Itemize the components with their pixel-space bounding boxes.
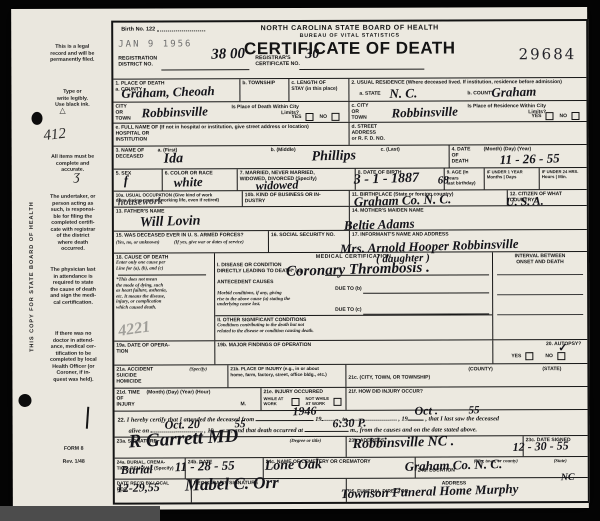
age-label: 9. AGE (In years last birthday) (447, 169, 482, 186)
length-of-stay-label: c. LENGTH OF STAY (in this place) (291, 80, 346, 92)
margin-vertical-text: THIS COPY FOR STATE BOARD OF HEALTH (30, 147, 36, 352)
time-of-injury-columns: (Month) (Day) (Year) (Hour) (146, 389, 210, 395)
death-limits-yes-checkbox (305, 113, 313, 121)
death-time-blank (305, 424, 349, 432)
serial-number: 29684 (519, 45, 577, 63)
disease-line (325, 267, 489, 276)
death-limits-label: Is Place of Death Within City Limits? (231, 104, 299, 116)
injury-county-label: (COUNTY) (468, 366, 492, 372)
date-received-label: DATE REC'D BY LOCAL REG. (117, 480, 189, 491)
location-note: (City, town, or county) (474, 459, 518, 465)
interval-label: INTERVAL BETWEEN ONSET AND DEATH (495, 253, 585, 265)
margin-note-complete: All items must be complete and accurate. (42, 154, 104, 174)
mother-label: 14. MOTHER'S MAIDEN NAME (352, 207, 585, 214)
hours-min-label: Hours | Min. (542, 174, 585, 179)
date-of-operation-label: 19a. DATE OF OPERA- TION (116, 342, 212, 354)
injury-occurred-label: 21e. INJURY OCCURRED (263, 389, 343, 395)
major-findings-label: 19b. MAJOR FINDINGS OF OPERATION (217, 341, 490, 348)
ssn-label: 16. SOCIAL SECURITY NO. (271, 232, 347, 238)
hospital-label: e. FULL NAME OF (If not in hospital or i… (116, 124, 347, 143)
blank (408, 413, 424, 421)
not-while-label: NOT WHILE AT WORK (305, 396, 329, 406)
row-burial: 24a. BURIAL, CREMA- TION, REMOVAL (Speci… (115, 456, 588, 479)
row-registrar: DATE REC'D BY LOCAL REG. REGISTRAR'S SIG… (115, 477, 588, 503)
interval-line (497, 274, 583, 275)
medical-certification-label: MEDICAL CERTIFICATION (217, 253, 490, 260)
form-header: Birth No. 122 JAN 9 1956 REGISTRATION DI… (113, 21, 586, 79)
birth-no-label: Birth No. 122 (121, 27, 155, 34)
burial-label: 24a. BURIAL, CREMA- TION, REMOVAL (Speci… (117, 459, 183, 470)
armed-note1: (Yes, no, or unknown) (116, 240, 160, 246)
blank (214, 424, 230, 432)
res-limits-no-checkbox (571, 112, 579, 120)
injury-city-label: 21c. (CITY, TOWN, OR TOWNSHIP) (348, 375, 430, 381)
date-of-death-columns: (Month) (Day) (Year) (484, 146, 532, 152)
registrar-signature-label: REGISTRAR'S SIGNATURE (194, 480, 344, 487)
cemetery-label: 24c. NAME OF CEMETERY OR CREMATORY (266, 459, 413, 466)
blank (322, 413, 338, 421)
degree-note: (Degree or title) (290, 439, 321, 445)
sex-label: 5. SEX (116, 170, 160, 176)
res-state-label: a. STATE (359, 91, 380, 97)
margin-note-no-doctor: If there was no doctor in attend- ance, … (42, 331, 104, 383)
injury-state-label: (STATE) (542, 366, 561, 372)
name-of-deceased-label: 3. NAME OF DECEASED (116, 148, 154, 160)
triangle-mark: △ (59, 106, 65, 115)
no-label: NO (545, 353, 553, 359)
how-injury-label: 21f. HOW DID INJURY OCCUR? (348, 388, 585, 395)
header-center: NORTH CAROLINA STATE BOARD OF HEALTH BUR… (218, 24, 481, 58)
accident-label: 21a. ACCIDENT SUICIDE HOMICIDE (116, 366, 225, 384)
business-label: 10b. KIND OF BUSINESS OR IN- DUSTRY (245, 192, 347, 204)
citizen-label: 12. CITIZEN OF WHAT COUNTRY? (510, 191, 585, 203)
middle-name-label: b. (Middle) (271, 147, 377, 153)
margin-note-type: Type or write legibly. Use black ink. (41, 89, 103, 109)
antecedent-label: ANTECEDENT CAUSES (217, 279, 273, 285)
location-label: 24d. LOCATION (418, 467, 455, 473)
autopsy-yes-checkbox (525, 352, 533, 360)
race-label: 6. COLOR OR RACE (165, 170, 235, 176)
yes-label: YES (291, 114, 301, 120)
pen-mark: ʒ (74, 169, 80, 185)
certify-text-3: , to (339, 416, 347, 423)
margin-note-undertaker: The undertaker, or person acting as such… (42, 194, 104, 253)
due-c-label: DUE TO (c) (335, 307, 361, 313)
funeral-director-label: 25. FUNERAL DIRECTOR (349, 489, 409, 495)
certify-text-5: , that I last saw the deceased (425, 415, 499, 422)
dob-label: 8. DATE OF BIRTH (358, 170, 442, 176)
certify-text-6: alive on (129, 428, 149, 435)
margin-form-number: FORM 8 (43, 446, 105, 453)
registration-district-line (161, 62, 249, 70)
morbid-note: Morbid conditions, if any, giving rise t… (217, 291, 290, 308)
cause-note: Enter only one cause per Line for (a), (… (116, 260, 212, 271)
armed-forces-label: 15. WAS DECEASED EVER IN U. S. ARMED FOR… (116, 232, 266, 239)
row-occupation: 10a. USUAL OCCUPATION (Give kind of work… (114, 189, 587, 207)
scanner-edge-shade (0, 506, 160, 521)
specify-note: (Specify) (189, 367, 207, 373)
registration-district-label: REGISTRATION DISTRICT NO. (118, 55, 157, 68)
not-while-checkbox (333, 398, 341, 406)
row-certification: 22. I hereby certify that I attended the… (115, 409, 588, 437)
row-name: 3. NAME OF DECEASED a. (First) b. (Middl… (114, 144, 587, 169)
birthplace-label: 11. BIRTHPLACE (State or foreign country… (352, 191, 505, 198)
yes-label: YES (531, 113, 541, 119)
father-label: 13. FATHER'S NAME (116, 208, 347, 215)
res-county-label: b. COUNTY (467, 90, 494, 96)
while-at-work-checkbox (291, 398, 299, 406)
form-grid: 1. PLACE OF DEATH a. COUNTY b. TOWNSHIP … (113, 77, 587, 503)
margin-note-physician: The physician last in attendance is requ… (42, 267, 104, 306)
row-hospital-street: e. FULL NAME OF (If not in hospital or i… (114, 121, 587, 146)
autopsy-label: 20. AUTOPSY? (495, 341, 585, 347)
row-place-residence: 1. PLACE OF DEATH a. COUNTY b. TOWNSHIP … (113, 77, 586, 102)
no-label: NO (559, 113, 567, 119)
place-of-death-label: 1. PLACE OF DEATH a. COUNTY (115, 80, 237, 92)
certify-text-1: I hereby certify that I attended the dec… (127, 416, 254, 423)
row-parents: 13. FATHER'S NAME 14. MOTHER'S MAIDEN NA… (114, 205, 587, 231)
yes-label: YES (511, 353, 521, 359)
death-limits-no-checkbox (331, 113, 339, 121)
certify-to-blank (349, 413, 397, 421)
street-address-label: d. STREET ADDRESS or R. F. D. NO. (352, 123, 585, 142)
certify-text-9: m., from the causes and on the date stat… (350, 426, 477, 433)
certify-text-7: , 19 (204, 427, 213, 434)
date-signed-label: 23c. DATE SIGNED (526, 437, 586, 443)
scanned-death-certificate: THIS COPY FOR STATE BOARD OF HEALTH This… (0, 0, 600, 521)
months-days-label: Months | Days (487, 174, 537, 179)
row-time-of-injury: 21d. TIME OF INJURY (Month) (Day) (Year)… (114, 386, 587, 411)
funeral-address-label: ADDRESS (442, 480, 466, 486)
township-label: b. TOWNSHIP (242, 80, 286, 86)
due-b-label: DUE TO (b) (335, 286, 362, 292)
address-23b-label: 23b. ADDRESS (349, 437, 521, 444)
armed-note2: (If yes, give war or dates of service) (174, 240, 244, 246)
disease-label: I. DISEASE OR CONDITION DIRECTLY LEADING… (217, 262, 301, 274)
received-date-stamp: JAN 9 1956 (118, 39, 192, 49)
no-label: NO (319, 114, 327, 120)
autopsy-no-checkbox (557, 352, 565, 360)
certify-text-8: , and that death occurred at (231, 427, 303, 434)
marital-label: 7. MARRIED, NEVER MARRIED, WIDOWED, DIVO… (240, 170, 353, 182)
occupation-label: 10a. USUAL OCCUPATION (Give kind of work… (116, 192, 240, 203)
certify-text-4: , 19 (398, 416, 407, 423)
alive-on-blank (151, 424, 203, 432)
informant-label: 17. INFORMANT'S NAME AND ADDRESS (352, 231, 585, 238)
margin-revision: Rev. 1/48 (43, 459, 105, 466)
pen-stroke (86, 407, 89, 429)
margin-scribble-412: 412 (43, 126, 67, 145)
certificate-paper: THIS COPY FOR STATE BOARD OF HEALTH This… (11, 7, 589, 510)
margin-note-legal: This is a legal record and will be perma… (41, 44, 103, 64)
row-armed-informant: 15. WAS DECEASED EVER IN U. S. ARMED FOR… (114, 229, 587, 253)
registrar-certificate-line (299, 62, 424, 70)
ink-blob (18, 394, 31, 407)
interval-line (497, 294, 583, 295)
while-at-work-label: WHILE AT WORK (263, 396, 283, 406)
first-name-label: a. (First) (158, 147, 267, 153)
row-sex-age: 5. SEX 6. COLOR OR RACE 7. MARRIED, NEVE… (114, 167, 587, 191)
row-signature: 23a. SIGNATURE (Degree or title) 23b. AD… (115, 435, 588, 458)
row-city-town: CITY OR TOWN Is Place of Death Within Ci… (113, 100, 586, 123)
row-operation-autopsy: 19a. DATE OF OPERA- TION 19b. MAJOR FIND… (114, 339, 587, 365)
interval-line (497, 314, 583, 315)
place-of-injury-label: 21b. PLACE OF INJURY (e.g., in or about … (230, 366, 343, 377)
cause-footnote: *This does not mean the mode of dying, s… (116, 277, 212, 310)
birth-no-blank (157, 23, 205, 31)
row-accident: 21a. ACCIDENT SUICIDE HOMICIDE (Specify)… (114, 363, 587, 388)
certificate-title: CERTIFICATE OF DEATH (218, 40, 481, 59)
usual-residence-label: 2. USUAL RESIDENCE (Where deceased lived… (351, 79, 584, 86)
other-conditions-note: Conditions contributing to the death but… (217, 323, 314, 334)
last-name-label: c. (Last) (381, 146, 447, 152)
res-limits-yes-checkbox (545, 112, 553, 120)
date-of-death-label: 4. DATE OF DEATH (452, 146, 471, 164)
time-m-label: M. (240, 401, 246, 407)
state-note: (State) (554, 459, 567, 465)
certify-from-blank (256, 413, 314, 421)
due-b-line (363, 285, 489, 293)
burial-date-label: 24b. DATE (188, 459, 261, 465)
certificate-form: Birth No. 122 JAN 9 1956 REGISTRATION DI… (111, 19, 590, 505)
row-cause-of-death: 18. CAUSE OF DEATH Enter only one cause … (114, 251, 587, 341)
ink-blob (31, 112, 42, 125)
certify-number: 22. (118, 418, 126, 424)
time-of-injury-label: 21d. TIME OF INJURY (116, 390, 139, 408)
